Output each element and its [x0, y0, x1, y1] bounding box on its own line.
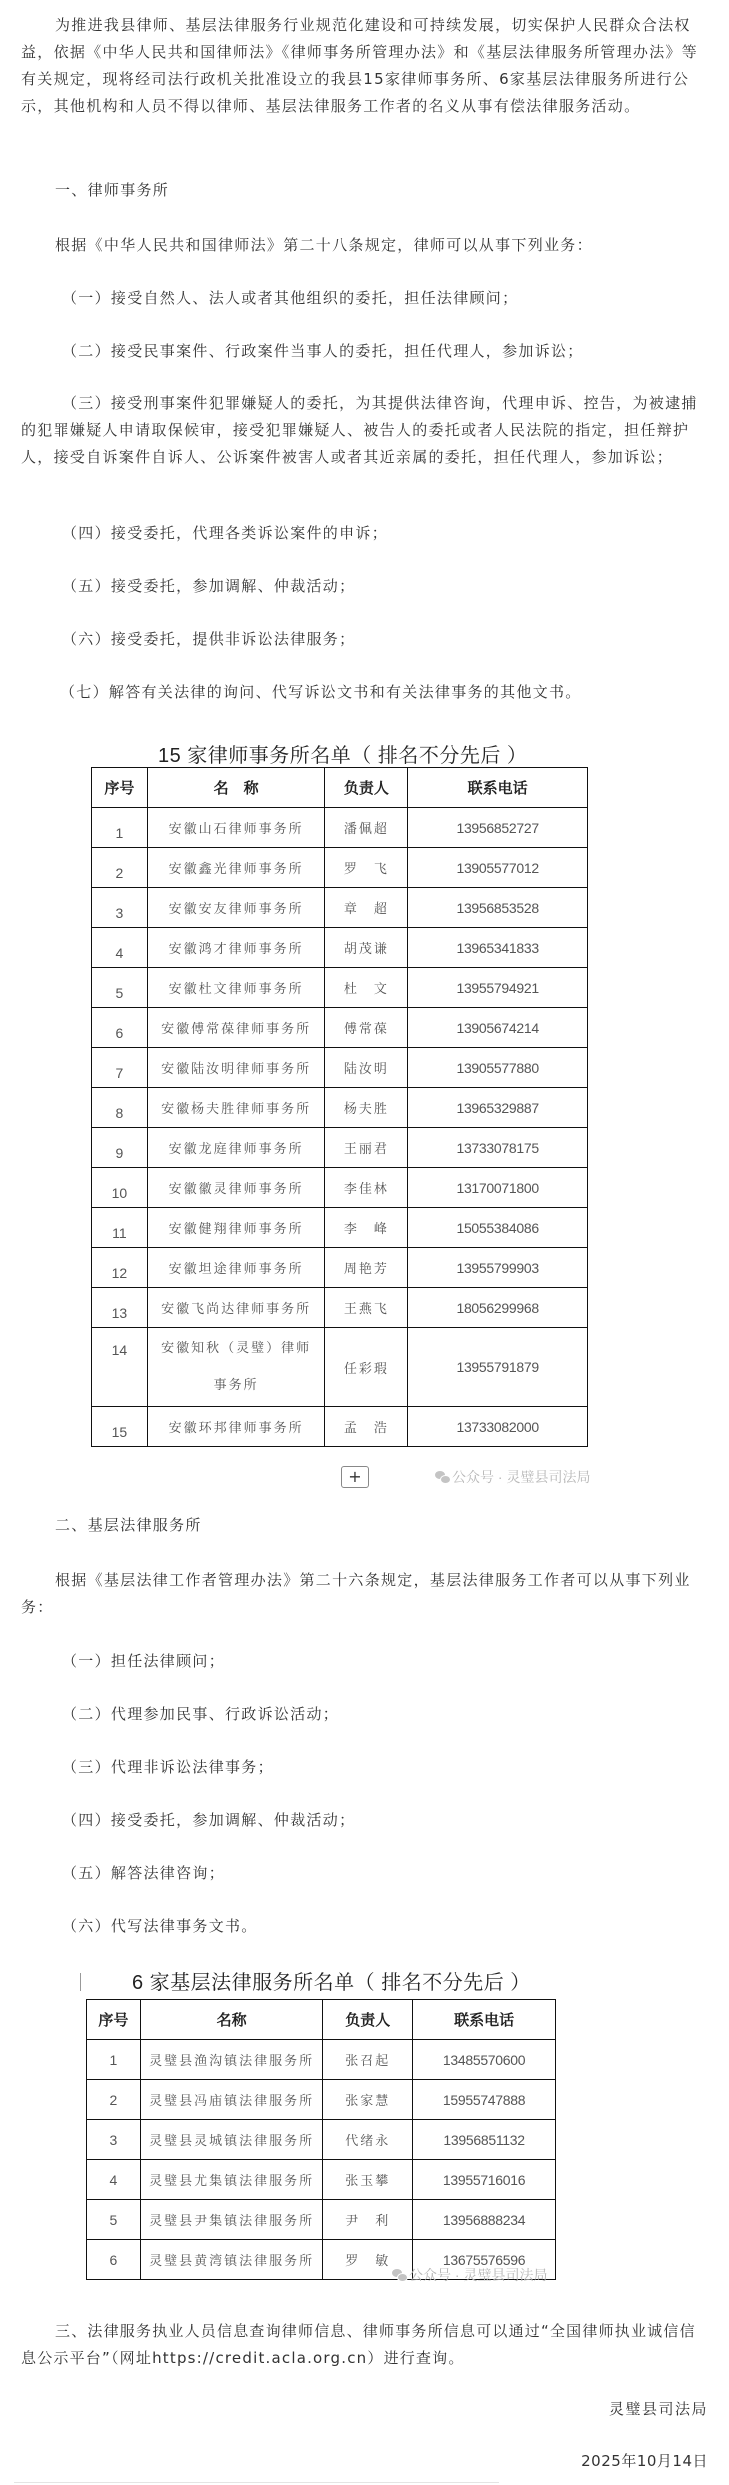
watermark-text: 公众号 · 灵璧县司法局 [452, 1467, 590, 1487]
col-header-name: 名 称 [147, 768, 325, 808]
cell-index: 12 [92, 1248, 148, 1288]
cell-name: 安徽傅常葆律师事务所 [147, 1008, 325, 1048]
cell-head: 罗 飞 [325, 848, 408, 888]
law-firm-table-title: 15 家律师事务所名单（ 排名不分先后 ） [158, 739, 527, 768]
cell-head: 李佳林 [325, 1168, 408, 1208]
col-header-head: 负责人 [323, 2000, 413, 2040]
section2-item-3: （三）代理非诉讼法律事务； [62, 1754, 708, 1781]
table-row: 5灵璧县尹集镇法律服务所尹 利13956888234 [87, 2200, 556, 2240]
watermark: 公众号 · 灵璧县司法局 [435, 1467, 590, 1487]
cell-head: 潘佩超 [325, 808, 408, 848]
cell-head: 章 超 [325, 888, 408, 928]
cell-phone: 13955799903 [408, 1248, 588, 1288]
cell-index: 2 [87, 2080, 141, 2120]
cell-index: 4 [92, 928, 148, 968]
table-row: 2安徽鑫光律师事务所罗 飞13905577012 [92, 848, 588, 888]
cell-index: 1 [87, 2040, 141, 2080]
cell-phone: 18056299968 [408, 1288, 588, 1328]
table-row: 7安徽陆汝明律师事务所陆汝明13905577880 [92, 1048, 588, 1088]
cell-name: 灵璧县灵城镇法律服务所 [140, 2120, 322, 2160]
col-header-head: 负责人 [325, 768, 408, 808]
cell-name: 安徽杨夫胜律师事务所 [147, 1088, 325, 1128]
cell-name: 安徽龙庭律师事务所 [147, 1128, 325, 1168]
cell-index: 9 [92, 1128, 148, 1168]
section1-item-6: （六）接受委托，提供非诉讼法律服务； [62, 626, 708, 653]
wechat-icon [435, 1471, 449, 1483]
col-header-name: 名称 [140, 2000, 322, 2040]
cell-name: 安徽陆汝明律师事务所 [147, 1048, 325, 1088]
cell-name: 灵璧县渔沟镇法律服务所 [140, 2040, 322, 2080]
section-heading-grassroots: 二、基层法律服务所 [55, 1515, 202, 1535]
cell-index: 13 [92, 1288, 148, 1328]
signature-date: 2025年10月14日 [581, 2450, 708, 2471]
cell-name: 安徽鑫光律师事务所 [147, 848, 325, 888]
cell-phone: 13955791879 [408, 1328, 588, 1407]
watermark-text: 公众号 · 灵璧县司法局 [409, 2265, 547, 2285]
cell-index: 6 [87, 2240, 141, 2280]
cell-phone: 13955794921 [408, 968, 588, 1008]
section2-basis: 根据《基层法律工作者管理办法》第二十六条规定，基层法律服务工作者可以从事下列业务… [21, 1567, 708, 1621]
cell-head: 周艳芳 [325, 1248, 408, 1288]
table-row: 1安徽山石律师事务所潘佩超13956852727 [92, 808, 588, 848]
table-row: 15安徽环邦律师事务所孟 浩13733082000 [92, 1407, 588, 1447]
intro-paragraph: 为推进我县律师、基层法律服务行业规范化建设和可持续发展，切实保护人民群众合法权益… [21, 12, 708, 120]
cell-head: 陆汝明 [325, 1048, 408, 1088]
table-row: 13安徽飞尚达律师事务所王燕飞18056299968 [92, 1288, 588, 1328]
section2-item-6: （六）代写法律事务文书。 [62, 1913, 708, 1940]
section-heading-law-firms: 一、律师事务所 [55, 180, 169, 200]
col-header-phone: 联系电话 [408, 768, 588, 808]
cell-head: 张召起 [323, 2040, 413, 2080]
table-row: 1灵璧县渔沟镇法律服务所张召起13485570600 [87, 2040, 556, 2080]
watermark-2: 公众号 · 灵璧县司法局 [392, 2265, 547, 2285]
cell-name: 安徽飞尚达律师事务所 [147, 1288, 325, 1328]
cell-index: 5 [87, 2200, 141, 2240]
cell-head: 李 峰 [325, 1208, 408, 1248]
cell-phone: 15055384086 [408, 1208, 588, 1248]
expand-button[interactable]: + [341, 1466, 369, 1488]
cell-name: 安徽健翔律师事务所 [147, 1208, 325, 1248]
cell-name: 安徽徽灵律师事务所 [147, 1168, 325, 1208]
section1-item-7: （七）解答有关法律的询问、代写诉讼文书和有关法律事务的其他文书。 [60, 679, 706, 706]
cell-index: 6 [92, 1008, 148, 1048]
table-row: 11安徽健翔律师事务所李 峰15055384086 [92, 1208, 588, 1248]
table-row: 10安徽徽灵律师事务所李佳林13170071800 [92, 1168, 588, 1208]
cell-phone: 13956853528 [408, 888, 588, 928]
cell-phone: 13905577012 [408, 848, 588, 888]
cell-name: 安徽鸿才律师事务所 [147, 928, 325, 968]
table-row: 6安徽傅常葆律师事务所傅常葆13905674214 [92, 1008, 588, 1048]
section1-item-2: （二）接受民事案件、行政案件当事人的委托，担任代理人，参加诉讼； [62, 338, 708, 365]
cell-phone: 13485570600 [413, 2040, 556, 2080]
cell-phone: 13170071800 [408, 1168, 588, 1208]
col-header-index: 序号 [92, 768, 148, 808]
wechat-icon [392, 2269, 406, 2281]
section2-item-4: （四）接受委托，参加调解、仲裁活动； [62, 1807, 708, 1834]
table-row: 3安徽安友律师事务所章 超13956853528 [92, 888, 588, 928]
cell-head: 代绪永 [323, 2120, 413, 2160]
cell-index: 11 [92, 1208, 148, 1248]
cell-head: 任彩瑕 [325, 1328, 408, 1407]
text-cursor [80, 1973, 81, 1991]
cell-head: 张玉攀 [323, 2160, 413, 2200]
cell-name: 安徽山石律师事务所 [147, 808, 325, 848]
cell-head: 傅常葆 [325, 1008, 408, 1048]
cell-name: 安徽坦途律师事务所 [147, 1248, 325, 1288]
col-header-index: 序号 [87, 2000, 141, 2040]
table-row: 4安徽鸿才律师事务所胡茂谦13965341833 [92, 928, 588, 968]
table-row: 8安徽杨夫胜律师事务所杨夫胜13965329887 [92, 1088, 588, 1128]
cell-name: 灵璧县黄湾镇法律服务所 [140, 2240, 322, 2280]
table-row: 5安徽杜文律师事务所杜 文13955794921 [92, 968, 588, 1008]
cell-name: 安徽安友律师事务所 [147, 888, 325, 928]
cell-index: 3 [92, 888, 148, 928]
table-header-row: 序号 名称 负责人 联系电话 [87, 2000, 556, 2040]
cell-phone: 15955747888 [413, 2080, 556, 2120]
cell-head: 杜 文 [325, 968, 408, 1008]
cell-name: 安徽环邦律师事务所 [147, 1407, 325, 1447]
section1-basis: 根据《中华人民共和国律师法》第二十八条规定，律师可以从事下列业务： [21, 232, 708, 259]
cell-name: 灵璧县尤集镇法律服务所 [140, 2160, 322, 2200]
cell-phone: 13965341833 [408, 928, 588, 968]
cell-index: 5 [92, 968, 148, 1008]
cell-head: 杨夫胜 [325, 1088, 408, 1128]
signature-org: 灵璧县司法局 [609, 2398, 708, 2419]
col-header-phone: 联系电话 [413, 2000, 556, 2040]
cell-phone: 13905577880 [408, 1048, 588, 1088]
cell-head: 尹 利 [323, 2200, 413, 2240]
cell-phone: 13956888234 [413, 2200, 556, 2240]
section1-item-5: （五）接受委托，参加调解、仲裁活动； [62, 573, 708, 600]
cell-index: 4 [87, 2160, 141, 2200]
cell-index: 14 [92, 1328, 148, 1407]
table-row: 4灵璧县尤集镇法律服务所张玉攀13955716016 [87, 2160, 556, 2200]
cell-head: 张家慧 [323, 2080, 413, 2120]
cell-phone: 13956852727 [408, 808, 588, 848]
cell-index: 7 [92, 1048, 148, 1088]
table-header-row: 序号 名 称 负责人 联系电话 [92, 768, 588, 808]
section2-item-1: （一）担任法律顾问； [62, 1648, 708, 1675]
divider [14, 2482, 499, 2483]
table-row: 3灵璧县灵城镇法律服务所代绪永13956851132 [87, 2120, 556, 2160]
law-firm-table: 序号 名 称 负责人 联系电话 1安徽山石律师事务所潘佩超13956852727… [91, 767, 588, 1447]
cell-index: 8 [92, 1088, 148, 1128]
cell-name: 灵璧县冯庙镇法律服务所 [140, 2080, 322, 2120]
cell-head: 王丽君 [325, 1128, 408, 1168]
cell-phone: 13965329887 [408, 1088, 588, 1128]
section3-paragraph: 三、法律服务执业人员信息查询律师信息、律师事务所信息可以通过“全国律师执业诚信信… [21, 2318, 708, 2372]
section2-item-5: （五）解答法律咨询； [62, 1860, 708, 1887]
cell-phone: 13733082000 [408, 1407, 588, 1447]
cell-index: 10 [92, 1168, 148, 1208]
cell-phone: 13955716016 [413, 2160, 556, 2200]
cell-phone: 13905674214 [408, 1008, 588, 1048]
cell-name: 安徽杜文律师事务所 [147, 968, 325, 1008]
table-row: 2灵璧县冯庙镇法律服务所张家慧15955747888 [87, 2080, 556, 2120]
cell-name: 安徽知秋（灵璧）律师事务所 [147, 1328, 325, 1407]
section1-item-4: （四）接受委托，代理各类诉讼案件的申诉； [62, 520, 708, 547]
table-row: 9安徽龙庭律师事务所王丽君13733078175 [92, 1128, 588, 1168]
cell-phone: 13956851132 [413, 2120, 556, 2160]
table-row: 12安徽坦途律师事务所周艳芳13955799903 [92, 1248, 588, 1288]
cell-head: 胡茂谦 [325, 928, 408, 968]
cell-head: 孟 浩 [325, 1407, 408, 1447]
table-row: 14安徽知秋（灵璧）律师事务所任彩瑕13955791879 [92, 1328, 588, 1407]
legal-service-table-title: 6 家基层法律服务所名单（ 排名不分先后 ） [132, 1966, 531, 1995]
section1-item-3: （三）接受刑事案件犯罪嫌疑人的委托，为其提供法律咨询，代理申诉、控告，为被逮捕的… [21, 390, 708, 471]
section1-item-1: （一）接受自然人、法人或者其他组织的委托，担任法律顾问； [62, 285, 708, 312]
cell-index: 3 [87, 2120, 141, 2160]
cell-head: 王燕飞 [325, 1288, 408, 1328]
cell-phone: 13733078175 [408, 1128, 588, 1168]
cell-name: 灵璧县尹集镇法律服务所 [140, 2200, 322, 2240]
legal-service-table: 序号 名称 负责人 联系电话 1灵璧县渔沟镇法律服务所张召起1348557060… [86, 1999, 556, 2280]
cell-index: 1 [92, 808, 148, 848]
cell-index: 15 [92, 1407, 148, 1447]
cell-index: 2 [92, 848, 148, 888]
section2-item-2: （二）代理参加民事、行政诉讼活动； [62, 1701, 708, 1728]
